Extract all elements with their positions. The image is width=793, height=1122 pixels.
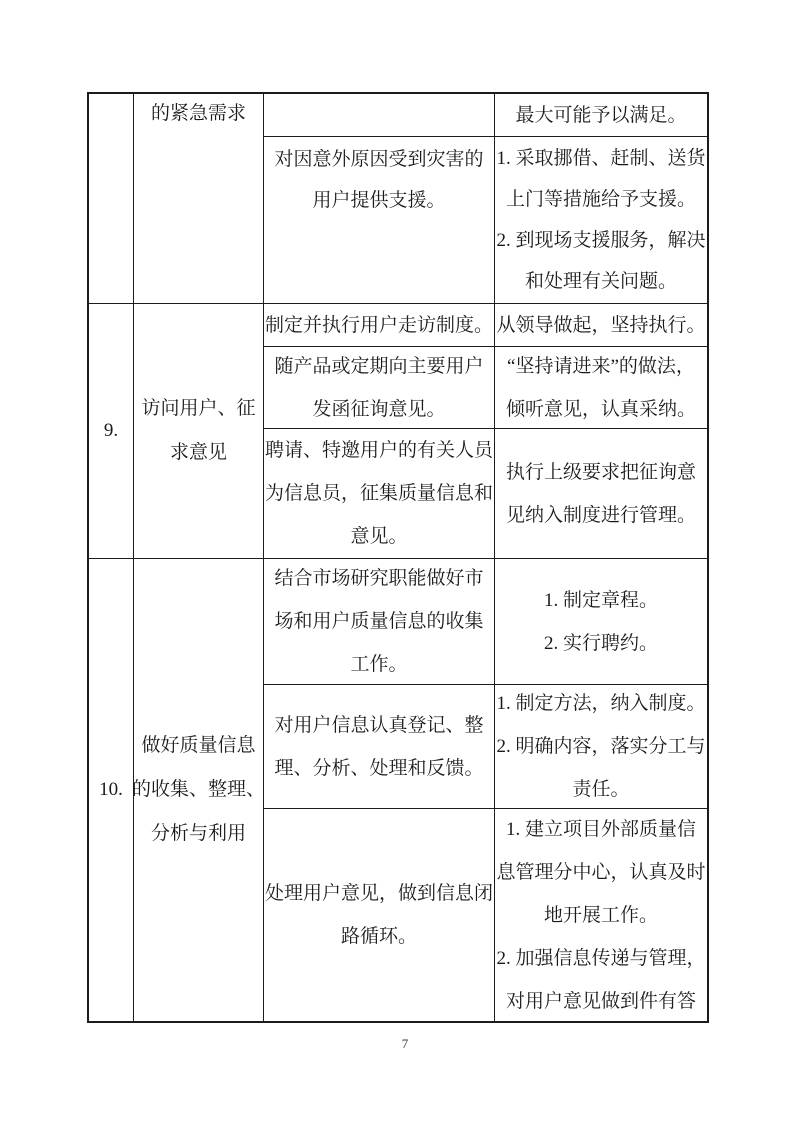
table-subrow: 对因意外原因受到灾害的 用户提供支援。 1. 采取挪借、赶制、送货 上门等措施给… xyxy=(264,136,707,303)
category-cell: 的紧急需求 xyxy=(134,94,264,303)
action-cell: 执行上级要求把征询意 见纳入制度进行管理。 xyxy=(495,429,707,558)
table-block-continuation: 的紧急需求 最大可能予以满足。 对因意外原因受到灾害的 用户提供支援。 1. 采… xyxy=(89,94,707,303)
measure-cell: 对因意外原因受到灾害的 用户提供支援。 xyxy=(264,137,495,303)
action-cell: “坚持请进来”的做法， 倾听意见，认真采纳。 xyxy=(495,347,707,428)
subrows-group: 结合市场研究职能做好市 场和用户质量信息的收集 工作。 1. 制定章程。 2. … xyxy=(264,559,707,1021)
table-subrow: 结合市场研究职能做好市 场和用户质量信息的收集 工作。 1. 制定章程。 2. … xyxy=(264,559,707,684)
measure-cell: 随产品或定期向主要用户 发函征询意见。 xyxy=(264,347,495,428)
measure-cell: 对用户信息认真登记、整 理、分析、处理和反馈。 xyxy=(264,685,495,808)
action-cell: 1. 采取挪借、赶制、送货 上门等措施给予支援。 2. 到现场支援服务，解决 和… xyxy=(495,137,707,303)
table-subrow: 最大可能予以满足。 xyxy=(264,94,707,136)
quality-measures-table: 的紧急需求 最大可能予以满足。 对因意外原因受到灾害的 用户提供支援。 1. 采… xyxy=(87,92,709,1023)
subrows-group: 最大可能予以满足。 对因意外原因受到灾害的 用户提供支援。 1. 采取挪借、赶制… xyxy=(264,94,707,303)
table-block-row-9: 9. 访问用户、征 求意见 制定并执行用户走访制度。 从领导做起，坚持执行。 随… xyxy=(89,303,707,558)
measure-cell: 处理用户意见，做到信息闭 路循环。 xyxy=(264,809,495,1021)
document-page: 的紧急需求 最大可能予以满足。 对因意外原因受到灾害的 用户提供支援。 1. 采… xyxy=(0,0,793,1122)
table-subrow: 对用户信息认真登记、整 理、分析、处理和反馈。 1. 制定方法，纳入制度。 2.… xyxy=(264,684,707,808)
table-subrow: 聘请、特邀用户的有关人员 为信息员，征集质量信息和 意见。 执行上级要求把征询意… xyxy=(264,428,707,558)
table-subrow: 随产品或定期向主要用户 发函征询意见。 “坚持请进来”的做法， 倾听意见，认真采… xyxy=(264,346,707,428)
action-cell: 最大可能予以满足。 xyxy=(495,94,707,136)
page-number: 7 xyxy=(402,1036,409,1052)
measure-cell: 聘请、特邀用户的有关人员 为信息员，征集质量信息和 意见。 xyxy=(264,429,495,558)
action-cell: 1. 建立项目外部质量信 息管理分中心，认真及时 地开展工作。 2. 加强信息传… xyxy=(495,809,707,1021)
action-cell: 1. 制定章程。 2. 实行聘约。 xyxy=(495,559,707,684)
table-block-row-10: 10. 做好质量信息 的收集、整理、 分析与利用 结合市场研究职能做好市 场和用… xyxy=(89,558,707,1021)
action-cell: 从领导做起，坚持执行。 xyxy=(495,304,707,346)
subrows-group: 制定并执行用户走访制度。 从领导做起，坚持执行。 随产品或定期向主要用户 发函征… xyxy=(264,304,707,558)
measure-cell xyxy=(264,94,495,136)
action-cell: 1. 制定方法，纳入制度。 2. 明确内容，落实分工与 责任。 xyxy=(495,685,707,808)
category-cell: 做好质量信息 的收集、整理、 分析与利用 xyxy=(134,559,264,1021)
row-number-cell xyxy=(89,94,134,303)
measure-cell: 结合市场研究职能做好市 场和用户质量信息的收集 工作。 xyxy=(264,559,495,684)
table-subrow: 制定并执行用户走访制度。 从领导做起，坚持执行。 xyxy=(264,304,707,346)
table-subrow: 处理用户意见，做到信息闭 路循环。 1. 建立项目外部质量信 息管理分中心，认真… xyxy=(264,808,707,1021)
category-cell: 访问用户、征 求意见 xyxy=(134,304,264,558)
measure-cell: 制定并执行用户走访制度。 xyxy=(264,304,495,346)
row-number-cell: 10. xyxy=(89,559,134,1021)
row-number-cell: 9. xyxy=(89,304,134,558)
